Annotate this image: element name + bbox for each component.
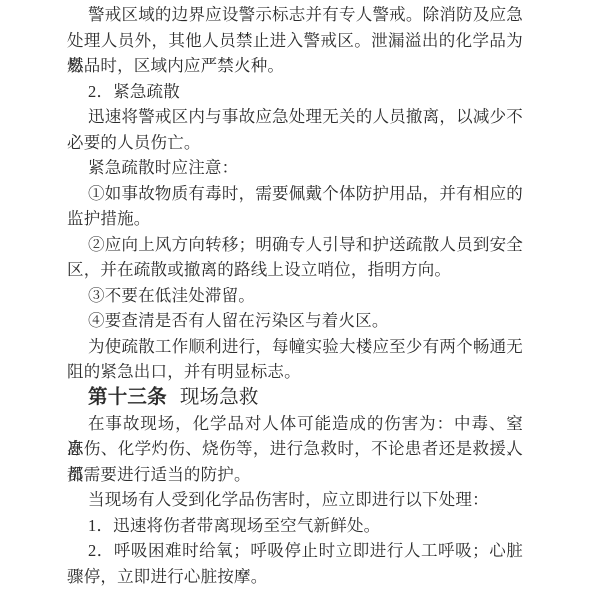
- article-title: 现场急救: [180, 387, 259, 408]
- text-line: ②应向上风方向转移；明确专人引导和护送疏散人员到安全: [67, 232, 523, 258]
- text-line: 为使疏散工作顺利进行，每幢实验大楼应至少有两个畅通无: [67, 334, 523, 360]
- text-line: 监护措施。: [67, 206, 523, 232]
- text-line: 紧急疏散时应注意：: [67, 155, 523, 181]
- text-line: 2．呼吸困难时给氧；呼吸停止时立即进行人工呼吸；心脏: [67, 538, 523, 564]
- text-line: 警戒区域的边界应设警示标志并有专人警戒。除消防及应急: [67, 2, 523, 28]
- article-heading-line: 第十三条现场急救: [67, 385, 523, 411]
- text-line: ③不要在低洼处滞留。: [67, 283, 523, 309]
- text-line: 阻的紧急出口，并有明显标志。: [67, 359, 523, 385]
- text-line: ①如事故物质有毒时，需要佩戴个体防护用品，并有相应的: [67, 181, 523, 207]
- text-line: 燃品时，区域内应严禁火种。: [67, 53, 523, 79]
- text-line: 处理人员外，其他人员禁止进入警戒区。泄漏溢出的化学品为易: [67, 28, 523, 54]
- article-number: 第十三条: [88, 387, 167, 408]
- text-line: 迅速将警戒区内与事故应急处理无关的人员撤离，以减少不: [67, 104, 523, 130]
- text-line: 都需要进行适当的防护。: [67, 462, 523, 488]
- document-page: 警戒区域的边界应设警示标志并有专人警戒。除消防及应急处理人员外，其他人员禁止进入…: [0, 0, 590, 589]
- text-line: ④要查清是否有人留在污染区与着火区。: [67, 308, 523, 334]
- text-line: 1．迅速将伤者带离现场至空气新鲜处。: [67, 513, 523, 539]
- text-line: 在事故现场，化学品对人体可能造成的伤害为：中毒、窒息、: [67, 411, 523, 437]
- text-line: 骤停，立即进行心脏按摩。: [67, 564, 523, 590]
- text-line: 2．紧急疏散: [67, 79, 523, 105]
- text-line: 必要的人员伤亡。: [67, 130, 523, 156]
- text-line: 区，并在疏散或撤离的路线上设立哨位，指明方向。: [67, 257, 523, 283]
- text-line: 当现场有人受到化学品伤害时，应立即进行以下处理：: [67, 487, 523, 513]
- text-line: 冻伤、化学灼伤、烧伤等，进行急救时，不论患者还是救援人员: [67, 436, 523, 462]
